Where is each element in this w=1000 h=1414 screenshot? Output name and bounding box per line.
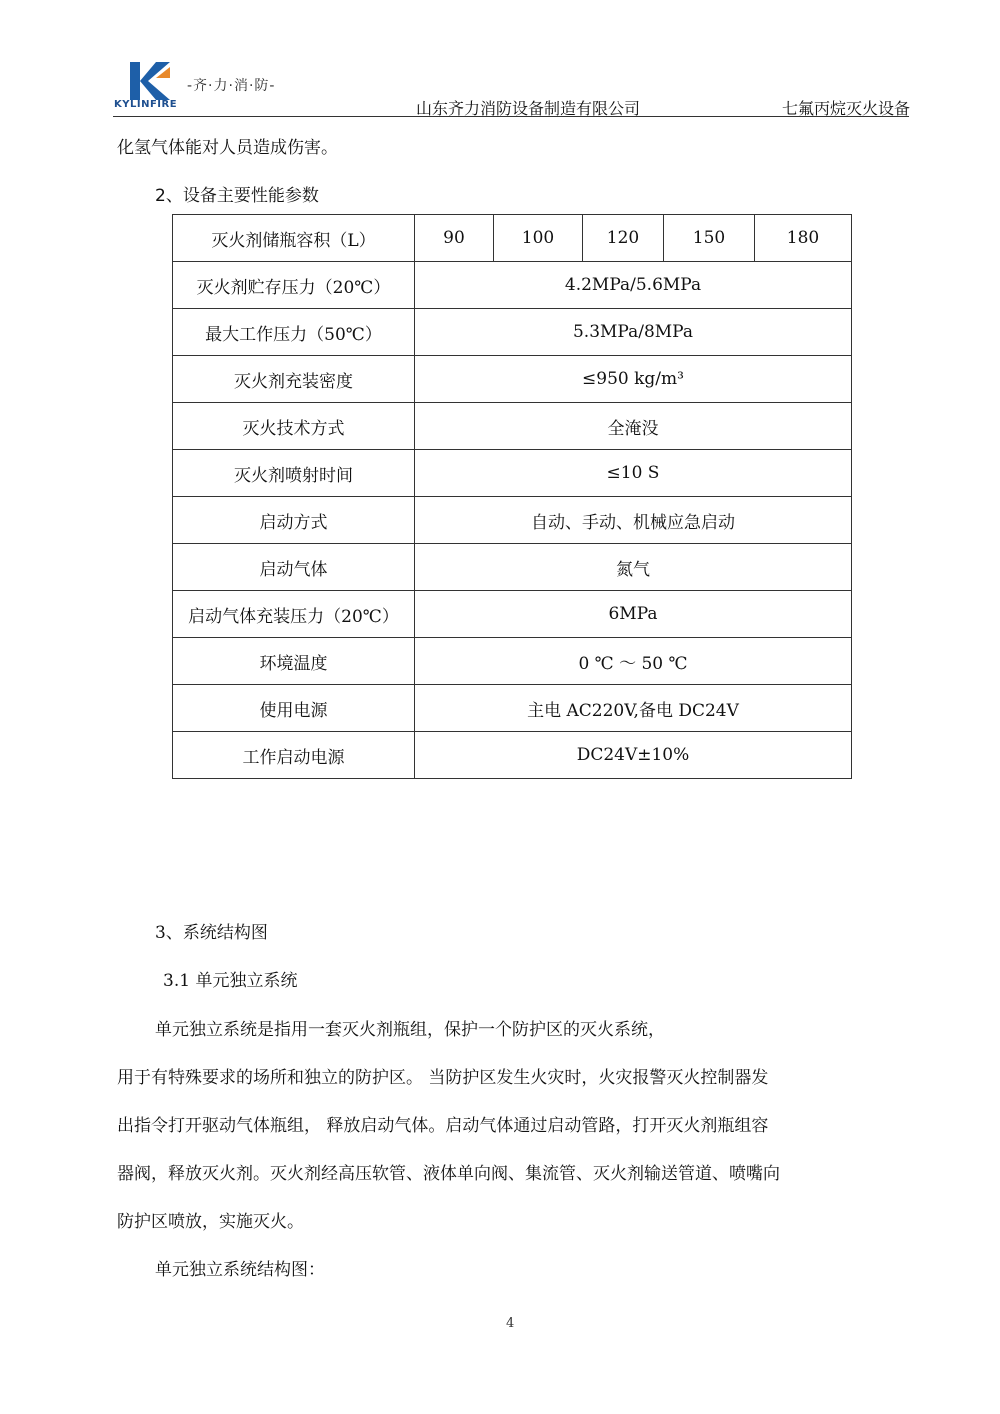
- logo-slogan: -齐·力·消·防-: [187, 75, 275, 95]
- paragraph-line: 单元独立系统是指用一套灭火剂瓶组，保护一个防护区的灭火系统，: [155, 1015, 665, 1040]
- table-row: 灭火技术方式 全淹没: [173, 403, 852, 450]
- table-cell-label: 启动气体充装压力（20℃）: [173, 591, 415, 638]
- kylinfire-k-logo-icon: [130, 62, 172, 100]
- table-row-capacity: 灭火剂储瓶容积（L） 90 100 120 150 180: [173, 215, 852, 262]
- table-cell-capacity: 100: [494, 215, 583, 262]
- performance-parameters-table: 灭火剂储瓶容积（L） 90 100 120 150 180 灭火剂贮存压力（20…: [172, 214, 852, 779]
- table-cell-value: 氮气: [415, 544, 852, 591]
- table-cell-label: 启动气体: [173, 544, 415, 591]
- table-cell-value: 6MPa: [415, 591, 852, 638]
- table-cell-value: 全淹没: [415, 403, 852, 450]
- page-number: 4: [506, 1316, 514, 1331]
- table-cell-value: ≤950 kg/m³: [415, 356, 852, 403]
- table-cell-label: 环境温度: [173, 638, 415, 685]
- section-2-heading: 2、设备主要性能参数: [155, 181, 319, 206]
- header-divider: [113, 116, 909, 117]
- table-cell-label: 灭火技术方式: [173, 403, 415, 450]
- table-row: 最大工作压力（50℃） 5.3MPa/8MPa: [173, 309, 852, 356]
- table-cell-label: 灭火剂喷射时间: [173, 450, 415, 497]
- table-cell-label: 灭火剂充装密度: [173, 356, 415, 403]
- table-cell-capacity: 120: [583, 215, 664, 262]
- table-row: 灭火剂贮存压力（20℃） 4.2MPa/5.6MPa: [173, 262, 852, 309]
- paragraph-line: 用于有特殊要求的场所和独立的防护区。 当防护区发生火灾时，火灾报警灭火控制器发: [117, 1063, 768, 1088]
- section-3-1-heading: 3.1 单元独立系统: [163, 966, 297, 991]
- table-row: 灭火剂喷射时间 ≤10 S: [173, 450, 852, 497]
- table-row: 启动方式 自动、手动、机械应急启动: [173, 497, 852, 544]
- table-cell-value: ≤10 S: [415, 450, 852, 497]
- table-row: 启动气体 氮气: [173, 544, 852, 591]
- table-cell-capacity: 180: [755, 215, 852, 262]
- table-cell-label: 使用电源: [173, 685, 415, 732]
- table-row: 启动气体充装压力（20℃） 6MPa: [173, 591, 852, 638]
- table-row: 灭火剂充装密度 ≤950 kg/m³: [173, 356, 852, 403]
- section-3-heading: 3、系统结构图: [155, 918, 268, 943]
- table-cell-label: 灭火剂储瓶容积（L）: [173, 215, 415, 262]
- logo-wordmark: KYLINFIRE: [114, 99, 177, 110]
- table-cell-value: 4.2MPa/5.6MPa: [415, 262, 852, 309]
- table-cell-value: 0 ℃ ～ 50 ℃: [415, 638, 852, 685]
- company-logo: KYLINFIRE -齐·力·消·防-: [112, 62, 292, 114]
- paragraph-line: 出指令打开驱动气体瓶组， 释放启动气体。启动气体通过启动管路，打开灭火剂瓶组容: [117, 1111, 768, 1136]
- table-row: 工作启动电源 DC24V±10%: [173, 732, 852, 779]
- table-cell-label: 工作启动电源: [173, 732, 415, 779]
- table-cell-value: 主电 AC220V,备电 DC24V: [415, 685, 852, 732]
- table-cell-label: 灭火剂贮存压力（20℃）: [173, 262, 415, 309]
- paragraph-line: 器阀，释放灭火剂。灭火剂经高压软管、液体单向阀、集流管、灭火剂输送管道、喷嘴向: [117, 1159, 780, 1184]
- table-cell-value: 5.3MPa/8MPa: [415, 309, 852, 356]
- table-cell-capacity: 150: [664, 215, 755, 262]
- document-page: KYLINFIRE -齐·力·消·防- 山东齐力消防设备制造有限公司 七氟丙烷灭…: [0, 0, 1000, 1414]
- table-cell-label: 启动方式: [173, 497, 415, 544]
- table-cell-label: 最大工作压力（50℃）: [173, 309, 415, 356]
- table-row: 使用电源 主电 AC220V,备电 DC24V: [173, 685, 852, 732]
- table-cell-value: DC24V±10%: [415, 732, 852, 779]
- table-cell-capacity: 90: [415, 215, 494, 262]
- diagram-caption: 单元独立系统结构图：: [155, 1255, 325, 1280]
- intro-text: 化氢气体能对人员造成伤害。: [117, 133, 338, 158]
- paragraph-line: 防护区喷放，实施灭火。: [117, 1207, 304, 1232]
- table-row: 环境温度 0 ℃ ～ 50 ℃: [173, 638, 852, 685]
- table-cell-value: 自动、手动、机械应急启动: [415, 497, 852, 544]
